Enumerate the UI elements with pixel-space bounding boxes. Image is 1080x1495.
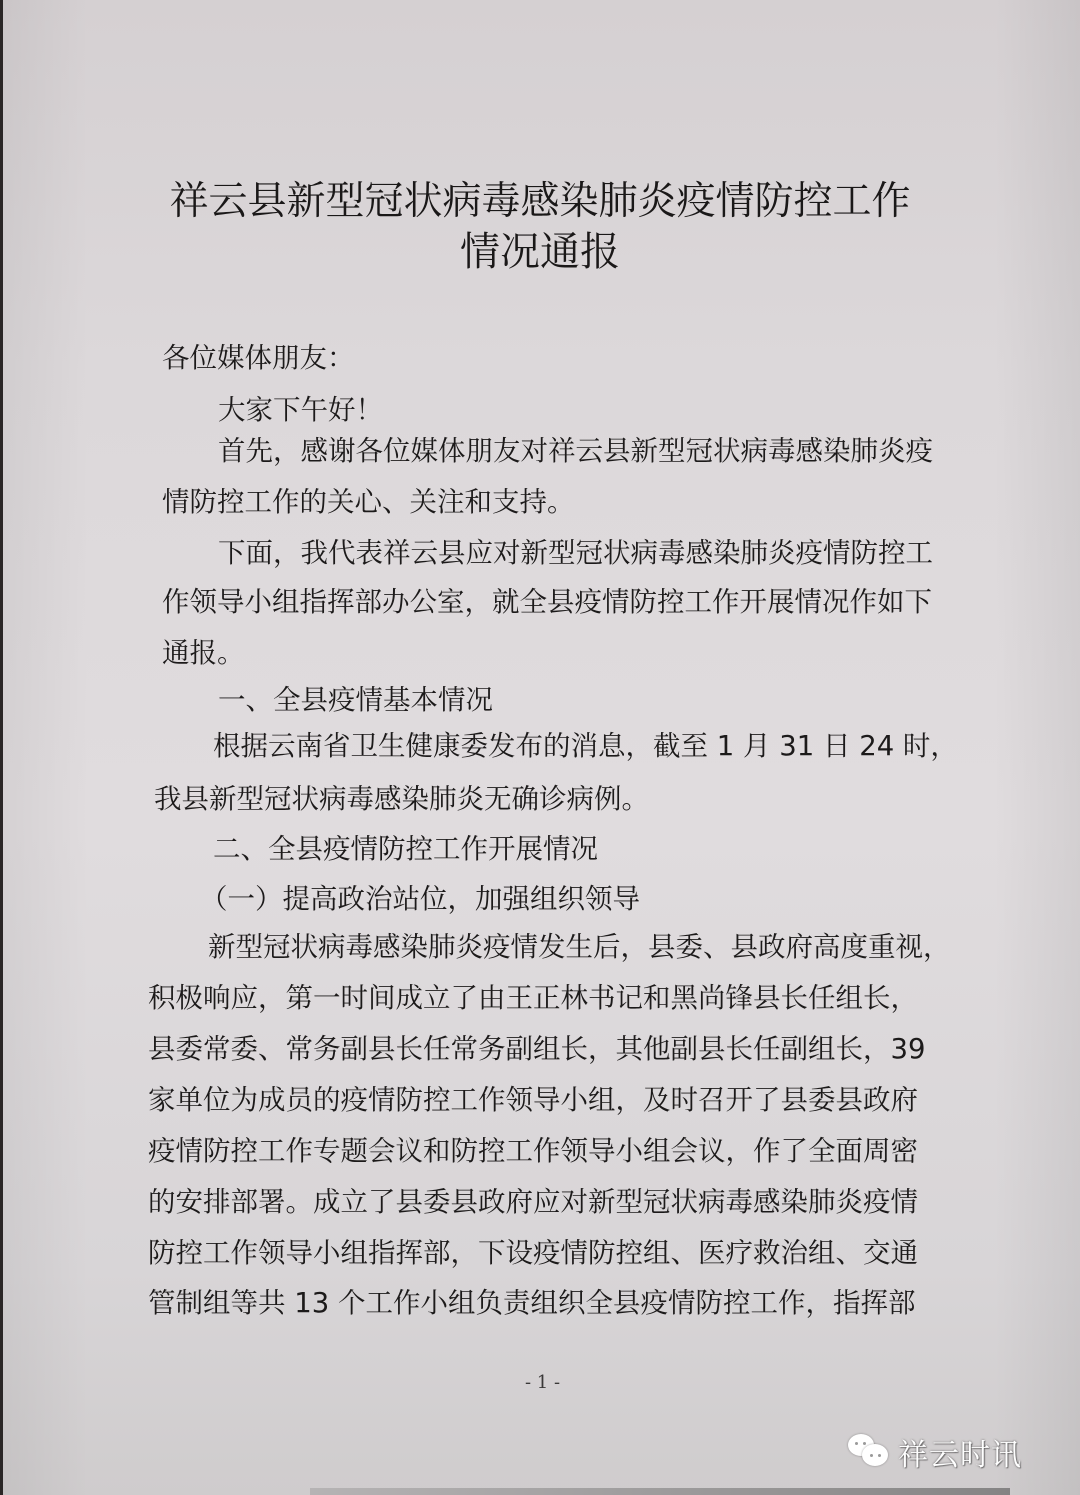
wechat-icon: [848, 1434, 892, 1470]
watermark: 祥云时讯: [848, 1430, 1022, 1474]
body-line: 各位媒体朋友：: [162, 345, 355, 373]
body-line: 首先，感谢各位媒体朋友对祥云县新型冠状病毒感染肺炎疫: [218, 438, 933, 466]
document-title-line-1: 祥云县新型冠状病毒感染肺炎疫情防控工作: [0, 182, 1080, 221]
body-line: 根据云南省卫生健康委发布的消息，截至 1 月 31 日 24 时，: [213, 733, 958, 761]
section-heading-1: 一、全县疫情基本情况: [218, 687, 493, 715]
body-line: 情防控工作的关心、关注和支持。: [162, 489, 575, 517]
body-line: 我县新型冠状病毒感染肺炎无确诊病例。: [154, 786, 649, 814]
body-line: 家单位为成员的疫情防控工作领导小组，及时召开了县委县政府: [148, 1087, 918, 1115]
watermark-text: 祥云时讯: [898, 1430, 1022, 1474]
page-number: - 1 -: [525, 1372, 560, 1393]
section-heading-2: 二、全县疫情防控工作开展情况: [213, 836, 598, 864]
body-line: 防控工作领导小组指挥部，下设疫情防控组、医疗救治组、交通: [148, 1240, 918, 1268]
photo-bottom-shadow: [310, 1488, 1010, 1495]
body-line: 大家下午好！: [218, 397, 383, 425]
body-line: 疫情防控工作专题会议和防控工作领导小组会议，作了全面周密: [148, 1138, 918, 1166]
body-line: 新型冠状病毒感染肺炎疫情发生后，县委、县政府高度重视，: [208, 934, 951, 962]
body-line: 县委常委、常务副县长任常务副组长，其他副县长任副组长，39: [148, 1036, 926, 1064]
body-line: 作领导小组指挥部办公室，就全县疫情防控工作开展情况作如下: [162, 589, 932, 617]
subsection-heading-1: （一）提高政治站位，加强组织领导: [200, 886, 640, 914]
body-line: 的安排部署。成立了县委县政府应对新型冠状病毒感染肺炎疫情: [148, 1189, 918, 1217]
document-title-line-2: 情况通报: [0, 232, 1080, 272]
body-line: 下面，我代表祥云县应对新型冠状病毒感染肺炎疫情防控工: [218, 540, 933, 568]
body-line: 积极响应，第一时间成立了由王正林书记和黑尚锋县长任组长，: [148, 985, 918, 1013]
body-line: 通报。: [162, 640, 245, 668]
body-line: 管制组等共 13 个工作小组负责组织全县疫情防控工作，指挥部: [148, 1290, 915, 1318]
